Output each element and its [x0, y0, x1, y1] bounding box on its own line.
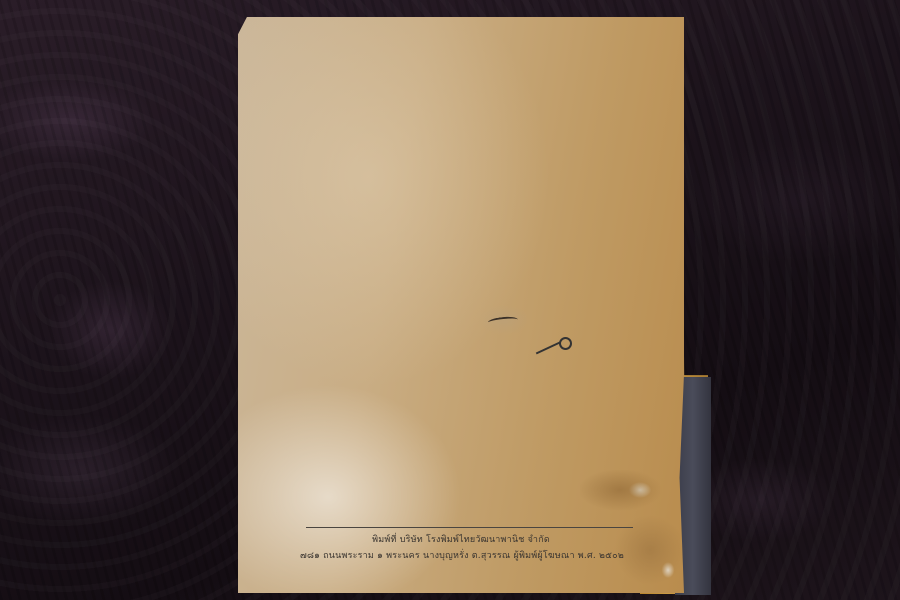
- colophon-rule: [306, 527, 633, 528]
- ink-scribble-mark: [535, 335, 571, 355]
- handwritten-number-mark: [478, 305, 530, 335]
- colophon-address: ๗๘๑ ถนนพระราม ๑ พระนคร นางบุญหรั่ง ต.สุว…: [300, 548, 680, 562]
- colophon-printer-name: พิมพ์ที่ บริษัท โรงพิมพ์ไทยวัฒนาพานิช จำ…: [238, 532, 684, 546]
